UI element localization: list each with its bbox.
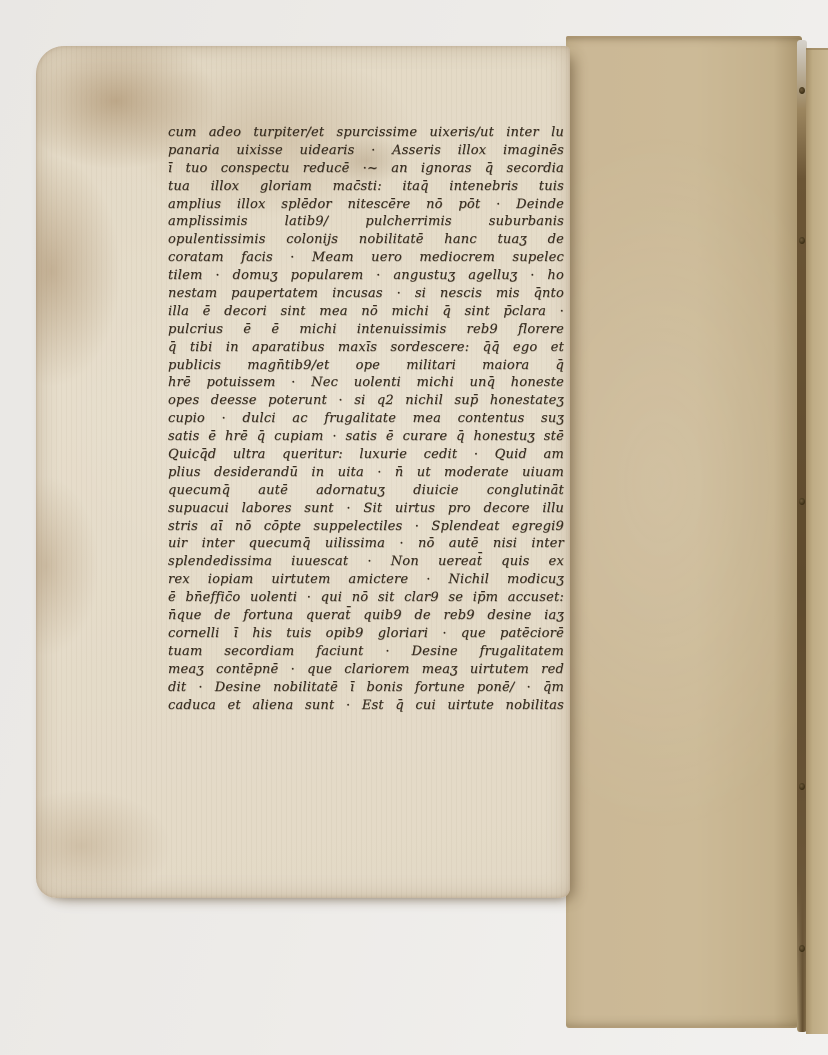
manuscript-line: uir inter quecumq̄ uilissima · nō autē…: [168, 535, 564, 553]
next-folio-page: [566, 36, 802, 1028]
manuscript-line: rex iopiam uirtutem amictere · Nichil mo…: [168, 571, 564, 589]
manuscript-line: ī tuo conspectu reducē ·~ an ignoras q…: [168, 160, 564, 178]
manuscript-line: tilem · domuʒ popularem · angustuʒ agell…: [168, 267, 564, 285]
manuscript-line: pulcrius ē ē michi intenuissimis reb9 …: [168, 321, 564, 339]
manuscript-line: publicis magn̄tib9/et ope militari maior…: [168, 357, 564, 375]
manuscript-leaf: cum adeo turpiter/et spurcissime uixeris…: [36, 46, 570, 898]
sewing-hole: [799, 87, 805, 94]
manuscript-line: amplius illox splēdor nitescēre nō po…: [168, 196, 564, 214]
sewing-hole: [799, 783, 805, 790]
manuscript-line: caduca et aliena sunt · Est q̄ cui uirtu…: [168, 697, 564, 715]
manuscript-line: meaʒ contēpnē · que clariorem meaʒ uir…: [168, 661, 564, 679]
sewing-hole: [799, 237, 805, 244]
manuscript-line: dit · Desine nobilitatē ī bonis fortun…: [168, 679, 564, 697]
manuscript-line: opulentissimis colonijs nobilitatē hanc…: [168, 231, 564, 249]
manuscript-line: amplissimis latib9/ pulcherrimis suburba…: [168, 213, 564, 231]
manuscript-photo: cum adeo turpiter/et spurcissime uixeris…: [0, 0, 828, 1055]
manuscript-line: hrē potuissem · Nec uolenti michi unq̄ …: [168, 374, 564, 392]
manuscript-line: panaria uixisse uidearis · Asseris illox…: [168, 142, 564, 160]
manuscript-line: Quicq̄d ultra queritur: luxurie cedit · …: [168, 446, 564, 464]
text-block: cum adeo turpiter/et spurcissime uixeris…: [168, 124, 564, 714]
manuscript-line: tuam secordiam faciunt · Desine frugalit…: [168, 643, 564, 661]
manuscript-line: n̄que de fortuna querat̄ quib9 de reb9 d…: [168, 607, 564, 625]
manuscript-line: cornelli ī his tuis opib9 gloriari · qu…: [168, 625, 564, 643]
manuscript-line: cupio · dulci ac frugalitate mea content…: [168, 410, 564, 428]
manuscript-line: nestam paupertatem incusas · si nescis m…: [168, 285, 564, 303]
sewing-hole: [799, 498, 805, 505]
manuscript-line: satis ē hrē q̄ cupiam · satis ē curar…: [168, 428, 564, 446]
far-right-page-edge: [806, 48, 828, 1034]
manuscript-line: supuacui labores sunt · Sit uirtus pro d…: [168, 500, 564, 518]
manuscript-line: ē bn̄effic̄o uolenti · qui nō sit clar…: [168, 589, 564, 607]
manuscript-line: stris aī nō cōpte suppelectiles · Spl…: [168, 518, 564, 536]
manuscript-line: illa ē decori sint mea nō michi q̄ sin…: [168, 303, 564, 321]
manuscript-line: coratam facis · Meam uero mediocrem supe…: [168, 249, 564, 267]
manuscript-line: cum adeo turpiter/et spurcissime uixeris…: [168, 124, 564, 142]
manuscript-line: plius desiderandū in uita · n̄ ut moder…: [168, 464, 564, 482]
manuscript-line: tua illox gloriam mac̄sti: itaq̄ inteneb…: [168, 178, 564, 196]
manuscript-line: quecumq̄ autē adornatuʒ diuicie conglut…: [168, 482, 564, 500]
manuscript-line: q̄ tibi in aparatibus maxīs sordescere:…: [168, 339, 564, 357]
sewing-hole: [799, 945, 805, 952]
manuscript-line: splendedissima iuuescat · Non uereat̄ qu…: [168, 553, 564, 571]
manuscript-line: opes deesse poterunt · si q2 nichil sup̄…: [168, 392, 564, 410]
